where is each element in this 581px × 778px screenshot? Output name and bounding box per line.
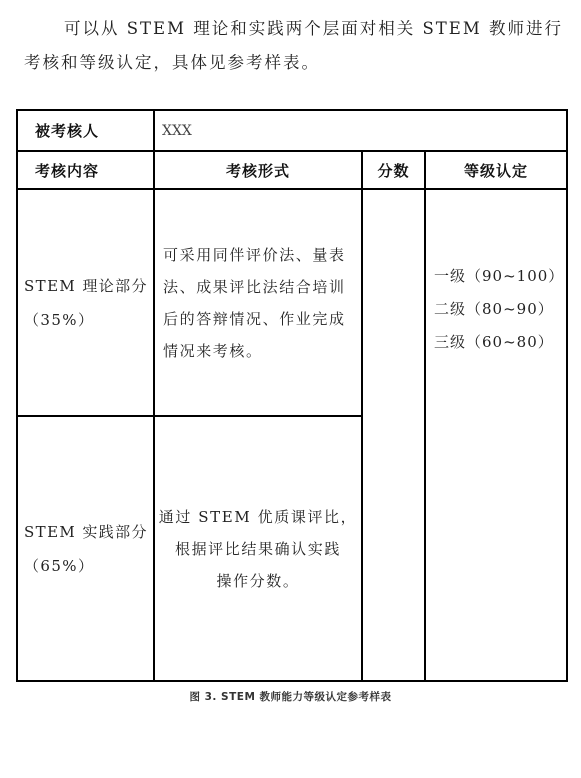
- grade-level-3: 三级（60~80）: [434, 326, 566, 359]
- score-cell: [362, 189, 425, 681]
- examinee-value: XXX: [154, 110, 567, 151]
- header-form: 考核形式: [154, 151, 362, 189]
- content-theory-weight: （35%）: [24, 303, 153, 337]
- content-practice-weight: （65%）: [24, 549, 153, 583]
- form-theory-line: 法、成果评比法结合培训: [163, 271, 361, 303]
- header-content: 考核内容: [17, 151, 154, 189]
- form-practice-line: 根据评比结果确认实践: [155, 533, 361, 565]
- grade-cell: 一级（90~100） 二级（80~90） 三级（60~80）: [425, 189, 567, 681]
- header-row: 考核内容 考核形式 分数 等级认定: [17, 151, 567, 189]
- table-row-theory: STEM 理论部分 （35%） 可采用同伴评价法、量表 法、成果评比法结合培训 …: [17, 189, 567, 416]
- form-theory-line: 可采用同伴评价法、量表: [163, 239, 361, 271]
- examinee-row: 被考核人 XXX: [17, 110, 567, 151]
- content-theory: STEM 理论部分 （35%）: [17, 189, 154, 416]
- grading-table: 被考核人 XXX 考核内容 考核形式 分数 等级认定 STEM 理论部分 （35…: [16, 109, 568, 682]
- form-practice-line: 操作分数。: [155, 565, 361, 597]
- content-practice: STEM 实践部分 （65%）: [17, 416, 154, 681]
- examinee-label: 被考核人: [17, 110, 154, 151]
- grade-level-1: 一级（90~100）: [434, 260, 566, 293]
- figure-caption: 图 3. STEM 教师能力等级认定参考样表: [0, 689, 581, 704]
- form-theory: 可采用同伴评价法、量表 法、成果评比法结合培训 后的答辩情况、作业完成 情况来考…: [154, 189, 362, 416]
- intro-paragraph: 可以从 STEM 理论和实践两个层面对相关 STEM 教师进行 考核和等级认定，…: [24, 12, 564, 80]
- content-practice-title: STEM 实践部分: [24, 515, 153, 549]
- form-theory-line: 后的答辩情况、作业完成: [163, 303, 361, 335]
- content-theory-title: STEM 理论部分: [24, 269, 153, 303]
- grade-level-2: 二级（80~90）: [434, 293, 566, 326]
- form-theory-line: 情况来考核。: [163, 335, 361, 367]
- form-practice: 通过 STEM 优质课评比， 根据评比结果确认实践 操作分数。: [154, 416, 362, 681]
- header-grade: 等级认定: [425, 151, 567, 189]
- intro-line-1: 可以从 STEM 理论和实践两个层面对相关 STEM 教师进行: [24, 12, 564, 46]
- header-score: 分数: [362, 151, 425, 189]
- form-practice-line: 通过 STEM 优质课评比，: [155, 501, 361, 533]
- intro-line-2: 考核和等级认定，具体见参考样表。: [24, 46, 564, 80]
